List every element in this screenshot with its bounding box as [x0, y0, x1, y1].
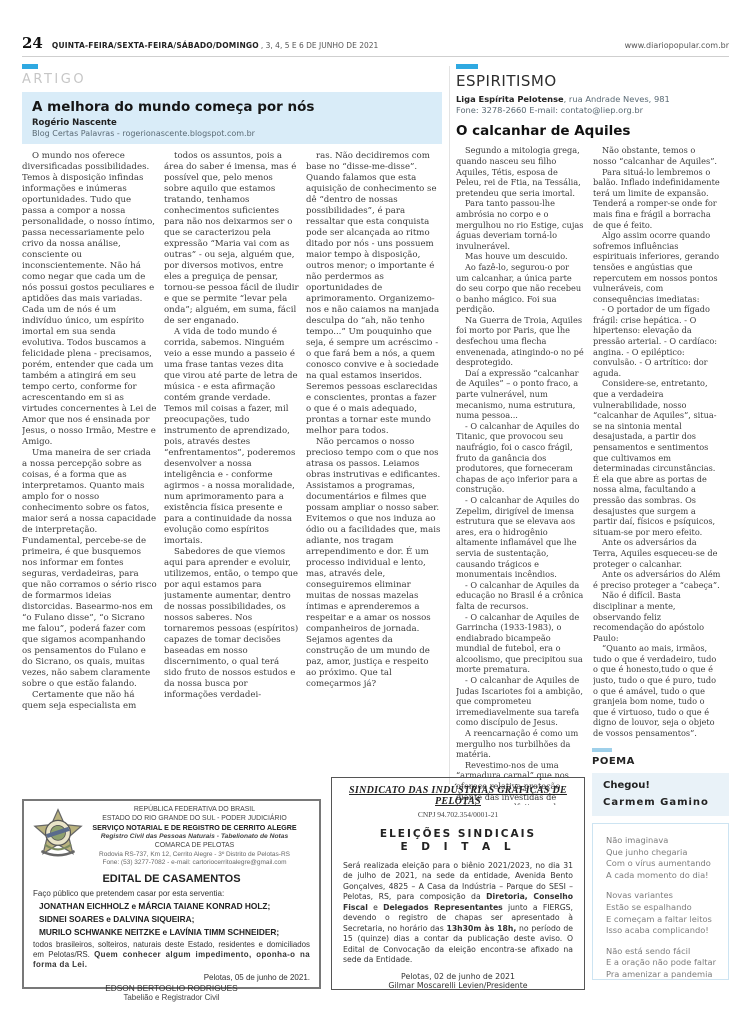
artigo-column-3: ras. Não decidiremos com base no “disse-…	[306, 151, 441, 793]
page-header: 24 QUINTA-FEIRA/SEXTA-FEIRA/SÁBADO/DOMIN…	[22, 34, 729, 52]
edital-intro: Faço público que pretendem casar por est…	[33, 889, 310, 898]
edital-header-line: Fone: (53) 3277-7082 - e-mail: cartorioc…	[79, 859, 310, 867]
espiritismo-column-2: Não obstante, temos o nosso “calcanhar d…	[593, 145, 721, 750]
artigo-title-box: A melhora do mundo começa por nós Rogéri…	[22, 92, 442, 144]
edital-signer: EDSON BERTOGLIO RODRIGUES	[33, 983, 310, 993]
artigo-byline: Blog Certas Palavras - rogerionascente.b…	[32, 129, 432, 138]
poem-body-box: Não imaginava Que junho chegaria Com o v…	[592, 823, 729, 980]
edital-header-line: Rodovia RS-737, Km 12, Cerrito Alegre - …	[79, 851, 310, 859]
espiritismo-column-1: Segundo a mitologia grega, quando nasceu…	[456, 145, 584, 805]
org-address: , rua Andrade Neves, 981	[564, 94, 670, 104]
sindicato-date: Pelotas, 02 de junho de 2021	[343, 972, 573, 981]
artigo-column-2: todos os assuntos, pois a área do saber …	[164, 151, 299, 793]
artigo-column-1: O mundo nos oferece diversificadas possi…	[22, 151, 157, 793]
sindicato-body: Será realizada eleição para o biênio 202…	[343, 861, 573, 966]
section-artigo: ARTIGO A melhora do mundo começa por nós…	[22, 64, 442, 793]
section-accent-bar	[22, 64, 38, 69]
section-label-poema: POEMA	[592, 756, 729, 767]
section-accent-bar	[592, 748, 612, 752]
espiritismo-column-2-text: Não obstante, temos o nosso “calcanhar d…	[593, 145, 721, 738]
section-label-espiritismo: ESPIRITISMO	[456, 72, 721, 90]
edital-header: REPÚBLICA FEDERATIVA DO BRASIL ESTADO DO…	[79, 806, 310, 868]
artigo-author: Rogério Nascente	[32, 118, 432, 128]
edital-body: todos brasileiros, solteiros, naturais d…	[33, 940, 310, 971]
sindicato-body-text: e	[368, 903, 383, 912]
espiritismo-title: O calcanhar de Aquiles	[456, 123, 721, 139]
edital-casamentos-box: REPÚBLICA FEDERATIVA DO BRASIL ESTADO DO…	[22, 799, 321, 989]
artigo-columns: O mundo nos oferece diversificadas possi…	[22, 151, 442, 793]
edital-header-line: COMARCA DE PELOTAS	[79, 842, 310, 851]
sindicato-name: SINDICATO DAS INDÚSTRIAS GRÁFICAS DE PEL…	[343, 785, 573, 807]
org-info: Liga Espírita Pelotense, rua Andrade Nev…	[456, 94, 721, 116]
sindicato-subheading: E D I T A L	[343, 841, 573, 853]
sindicato-heading: ELEIÇÕES SINDICAIS	[343, 828, 573, 840]
section-accent-bar	[456, 64, 478, 69]
dateline-detail: , 3, 4, 5 E 6 DE JUNHO DE 2021	[261, 41, 378, 50]
sindicato-body-bold: Delegados Representantes	[383, 903, 503, 912]
website-url[interactable]: www.diariopopular.com.br	[625, 41, 729, 50]
poem-author: Carmem Gamino	[603, 797, 718, 808]
edital-header-line: SERVIÇO NOTARIAL E DE REGISTRO DE CERRIT…	[79, 824, 310, 833]
edital-date: Pelotas, 05 de junho de 2021.	[33, 973, 310, 982]
section-poema: POEMA Chegou! Carmem Gamino Não imaginav…	[592, 748, 729, 980]
section-espiritismo: ESPIRITISMO Liga Espírita Pelotense, rua…	[456, 64, 721, 805]
espiritismo-columns: Segundo a mitologia grega, quando nasceu…	[456, 145, 721, 805]
section-divider	[449, 66, 450, 784]
org-name: Liga Espírita Pelotense	[456, 94, 564, 104]
header-rule	[22, 56, 729, 57]
edital-header-line: REPÚBLICA FEDERATIVA DO BRASIL	[79, 806, 310, 815]
edital-signer-title: Tabelião e Registrador Civil	[33, 993, 310, 1002]
brazil-coat-of-arms-icon	[33, 808, 83, 866]
newspaper-page: 24 QUINTA-FEIRA/SEXTA-FEIRA/SÁBADO/DOMIN…	[0, 0, 751, 1024]
sindicato-body-bold: 13h30m às 18h,	[446, 924, 516, 933]
poem-title: Chegou!	[603, 780, 718, 791]
poem-header-box: Chegou! Carmem Gamino	[592, 773, 729, 816]
artigo-title: A melhora do mundo começa por nós	[32, 99, 432, 115]
sindicato-signer: Gilmar Moscarelli Levien/Presidente	[343, 981, 573, 990]
edital-header-line: Registro Civil das Pessoas Naturais - Ta…	[79, 833, 310, 842]
org-contact: Fone: 3278-2660 E-mail: contato@liep.org…	[456, 105, 643, 115]
section-label-artigo: ARTIGO	[22, 72, 442, 87]
dateline: QUINTA-FEIRA/SEXTA-FEIRA/SÁBADO/DOMINGO	[52, 41, 259, 50]
edital-header-line: ESTADO DO RIO GRANDE DO SUL - PODER JUDI…	[79, 815, 310, 824]
couples-list: JONATHAN EICHHOLZ e MÁRCIA TAIANE KONRAD…	[33, 901, 310, 937]
sindicato-box: SINDICATO DAS INDÚSTRIAS GRÁFICAS DE PEL…	[331, 777, 585, 990]
sindicato-cnpj: CNPJ 94.702.354/0001-21	[343, 810, 573, 819]
edital-title: EDITAL DE CASAMENTOS	[33, 873, 310, 885]
page-number: 24	[22, 34, 43, 52]
